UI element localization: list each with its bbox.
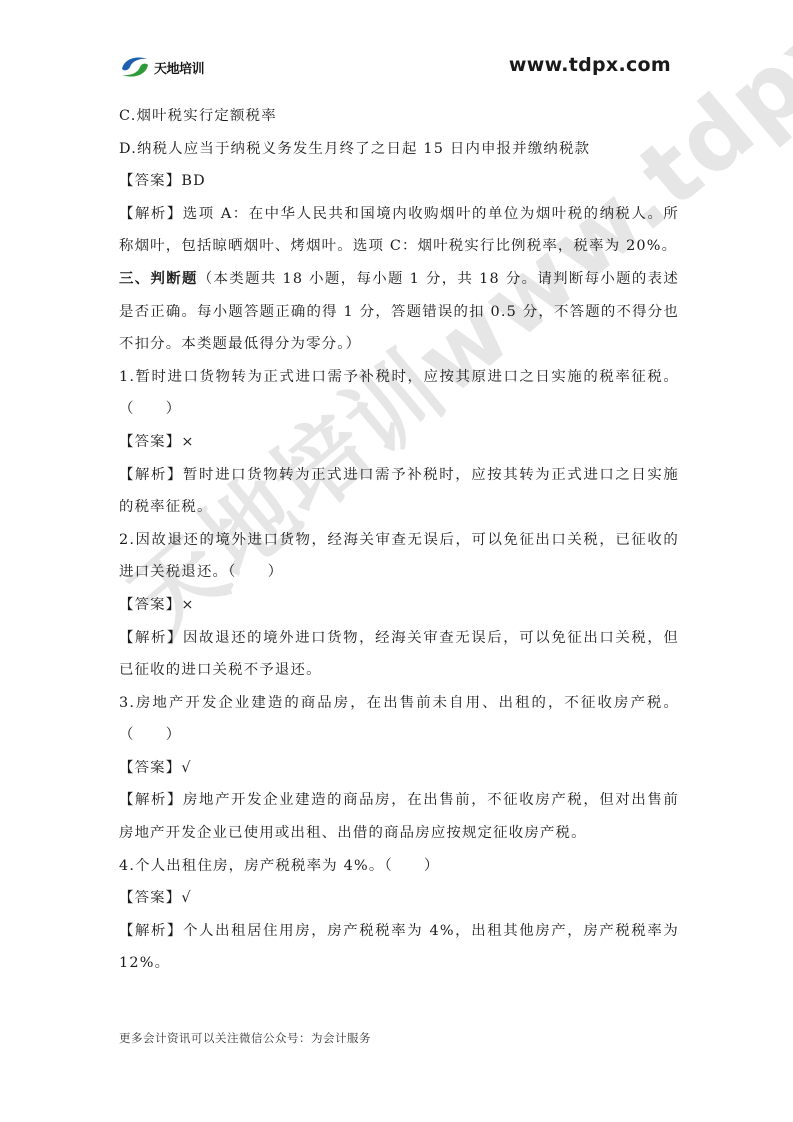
question-text: 3.房地产开发企业建造的商品房，在出售前未自用、出租的，不征收房产税。（ ） (119, 687, 679, 752)
page-header: 天地培训 www.tdpx.com (0, 0, 793, 90)
brand-logo: 天地培训 (120, 55, 204, 79)
answer: 【答案】× (119, 426, 679, 459)
section-heading: 三、判断题（本类题共 18 小题，每小题 1 分，共 18 分。请判断每小题的表… (119, 263, 679, 361)
answer: 【答案】BD (119, 165, 679, 198)
page-footer: 更多会计资讯可以关注微信公众号：为会计服务 (119, 1030, 371, 1046)
answer: 【答案】× (119, 589, 679, 622)
question-3: 3.房地产开发企业建造的商品房，在出售前未自用、出租的，不征收房产税。（ ） 【… (119, 687, 679, 850)
section-description: （本类题共 18 小题，每小题 1 分，共 18 分。请判断每小题的表述是否正确… (119, 271, 679, 352)
answer: 【答案】√ (119, 882, 679, 915)
question-text: 1.暂时进口货物转为正式进口需予补税时，应按其原进口之日实施的税率征税。（ ） (119, 361, 679, 426)
analysis: 【解析】因故退还的境外进口货物，经海关审查无误后，可以免征出口关税，但已征收的进… (119, 622, 679, 687)
question-text: 2.因故退还的境外进口货物，经海关审查无误后，可以免征出口关税，已征收的进口关税… (119, 524, 679, 589)
logo-swoosh-icon (120, 55, 150, 79)
option-d: D.纳税人应当于纳税义务发生月终了之日起 15 日内申报并缴纳税款 (119, 133, 679, 166)
section-title: 三、判断题 (119, 271, 198, 287)
analysis: 【解析】选项 A：在中华人民共和国境内收购烟叶的单位为烟叶税的纳税人。所称烟叶，… (119, 198, 679, 263)
question-4: 4.个人出租住房，房产税税率为 4%。（ ） 【答案】√ 【解析】个人出租居住用… (119, 850, 679, 980)
site-url: www.tdpx.com (509, 54, 671, 76)
analysis: 【解析】个人出租居住用房，房产税税率为 4%，出租其他房产，房产税税率为 12%… (119, 915, 679, 980)
question-2: 2.因故退还的境外进口货物，经海关审查无误后，可以免征出口关税，已征收的进口关税… (119, 524, 679, 687)
document-body: C.烟叶税实行定额税率 D.纳税人应当于纳税义务发生月终了之日起 15 日内申报… (119, 100, 679, 980)
analysis: 【解析】房地产开发企业建造的商品房，在出售前，不征收房产税，但对出售前房地产开发… (119, 784, 679, 849)
question-1: 1.暂时进口货物转为正式进口需予补税时，应按其原进口之日实施的税率征税。（ ） … (119, 361, 679, 524)
analysis: 【解析】暂时进口货物转为正式进口需予补税时，应按其转为正式进口之日实施的税率征税… (119, 459, 679, 524)
question-text: 4.个人出租住房，房产税税率为 4%。（ ） (119, 850, 679, 883)
option-c: C.烟叶税实行定额税率 (119, 100, 679, 133)
answer: 【答案】√ (119, 752, 679, 785)
logo-text: 天地培训 (154, 58, 204, 77)
